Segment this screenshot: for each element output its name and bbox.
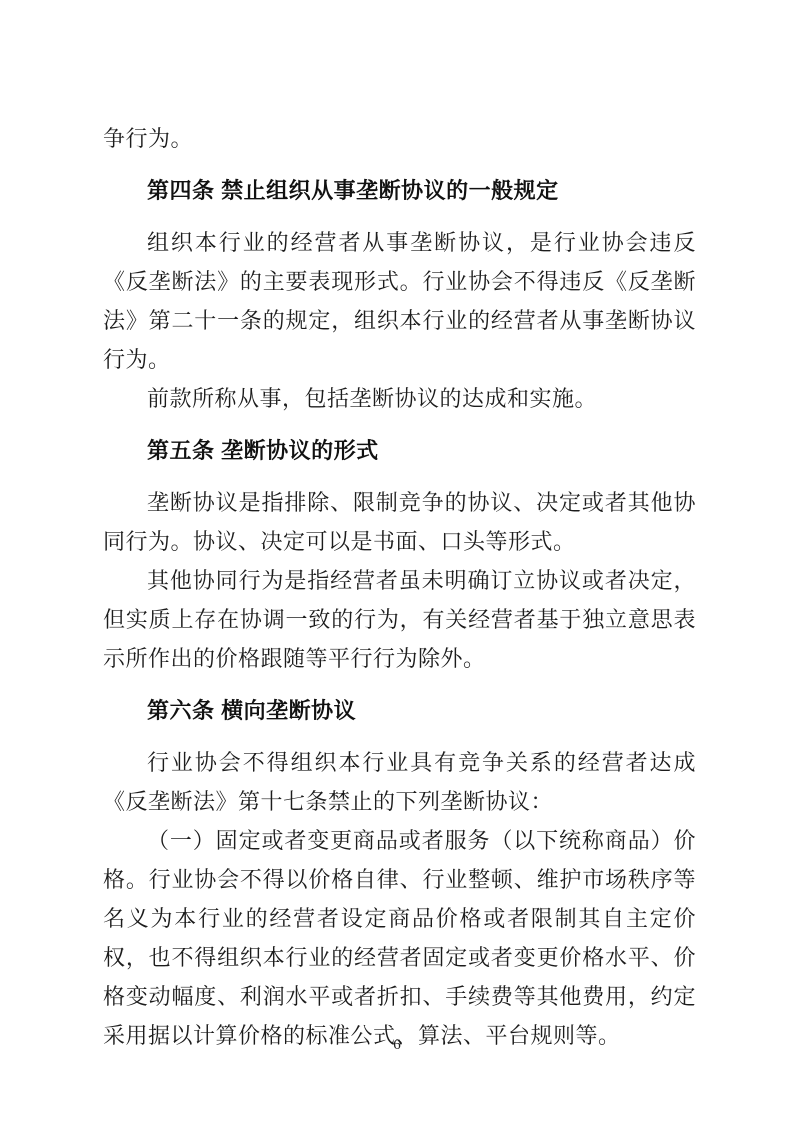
article-heading: 第五条 垄断协议的形式 [103, 431, 696, 470]
body-paragraph: （一）固定或者变更商品或者服务（以下统称商品）价格。行业协会不得以价格自律、行业… [103, 821, 696, 1055]
body-paragraph: 垄断协议是指排除、限制竞争的协议、决定或者其他协同行为。协议、决定可以是书面、口… [103, 483, 696, 561]
body-paragraph: 行业协会不得组织本行业具有竞争关系的经营者达成《反垄断法》第十七条禁止的下列垄断… [103, 743, 696, 821]
page-footer: 6 [0, 1036, 794, 1054]
document-body: 争行为。第四条 禁止组织从事垄断协议的一般规定组织本行业的经营者从事垄断协议，是… [103, 119, 696, 1055]
body-paragraph: 其他协同行为是指经营者虽未明确订立协议或者决定，但实质上存在协调一致的行为，有关… [103, 561, 696, 678]
body-paragraph: 前款所称从事，包括垄断协议的达成和实施。 [103, 379, 696, 418]
article-heading: 第六条 横向垄断协议 [103, 691, 696, 730]
article-heading: 第四条 禁止组织从事垄断协议的一般规定 [103, 171, 696, 210]
body-paragraph-continued: 争行为。 [103, 119, 696, 158]
page-number: 6 [393, 1037, 401, 1053]
document-page: 争行为。第四条 禁止组织从事垄断协议的一般规定组织本行业的经营者从事垄断协议，是… [0, 0, 794, 1123]
body-paragraph: 组织本行业的经营者从事垄断协议，是行业协会违反《反垄断法》的主要表现形式。行业协… [103, 223, 696, 379]
